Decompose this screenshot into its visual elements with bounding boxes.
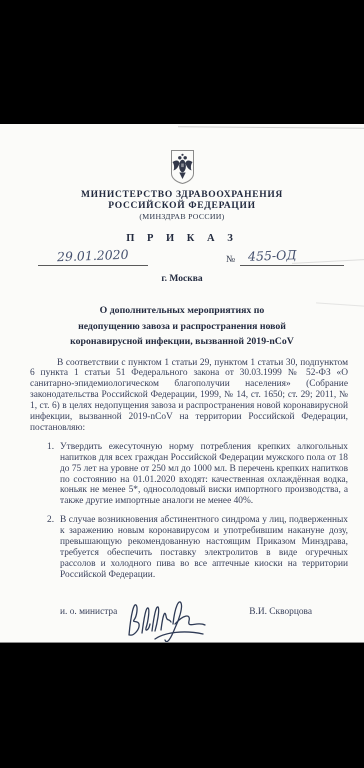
item-text: В случае возникновения абстинентного син… <box>60 515 348 580</box>
item-number: 2. <box>47 515 60 580</box>
signature-row: и. о. министра В.И. Скворцова <box>0 605 364 643</box>
handwritten-date: 29.01.2020 <box>57 247 129 264</box>
item-number: 1. <box>47 442 60 507</box>
order-items: 1. Утвердить ежесуточную норму потреблен… <box>47 442 348 581</box>
number-label: № <box>226 255 235 265</box>
item-text: Утвердить ежесуточную норму потребления … <box>60 442 348 507</box>
date-field: 29.01.2020 <box>38 247 148 266</box>
phone-screen: МИНИСТЕРСТВО ЗДРАВООХРАНЕНИЯ РОССИЙСКОЙ … <box>0 0 364 768</box>
order-heading: П Р И К А З <box>0 233 364 244</box>
handwritten-number: 455-ОД <box>248 247 297 264</box>
ministry-name-line2: РОССИЙСКОЙ ФЕДЕРАЦИИ <box>0 201 364 212</box>
order-item: 2. В случае возникновения абстинентного … <box>47 515 348 580</box>
number-block: № 455-ОД <box>226 248 344 266</box>
document-page: МИНИСТЕРСТВО ЗДРАВООХРАНЕНИЯ РОССИЙСКОЙ … <box>0 124 364 643</box>
scan-artifact <box>178 126 364 129</box>
number-field: 455-ОД <box>240 247 344 266</box>
russia-coat-of-arms-icon <box>169 149 196 185</box>
order-item: 1. Утвердить ежесуточную норму потреблен… <box>47 442 348 507</box>
signer-position: и. о. министра <box>60 607 117 617</box>
signature-scrawl <box>124 593 212 643</box>
order-title-line3: коронавирусной инфекции, вызванной 2019-… <box>0 334 364 350</box>
ministry-short-name: (МИНЗДРАВ РОССИИ) <box>0 212 364 222</box>
emblem-container <box>0 149 364 187</box>
order-title: О дополнительных мероприятиях по недопущ… <box>0 303 364 350</box>
ministry-name-line1: МИНИСТЕРСТВО ЗДРАВООХРАНЕНИЯ <box>0 190 364 201</box>
order-title-line1: О дополнительных мероприятиях по <box>0 303 364 319</box>
order-title-line2: недопущению завоза и распространения нов… <box>0 319 364 335</box>
ministry-header: МИНИСТЕРСТВО ЗДРАВООХРАНЕНИЯ РОССИЙСКОЙ … <box>0 190 364 222</box>
signer-name: В.И. Скворцова <box>249 607 312 617</box>
date-number-row: 29.01.2020 № 455-ОД <box>0 246 364 266</box>
city-line: г. Москва <box>0 274 364 284</box>
preamble-paragraph: В соответствии с пунктом 1 статьи 29, пу… <box>30 358 348 434</box>
